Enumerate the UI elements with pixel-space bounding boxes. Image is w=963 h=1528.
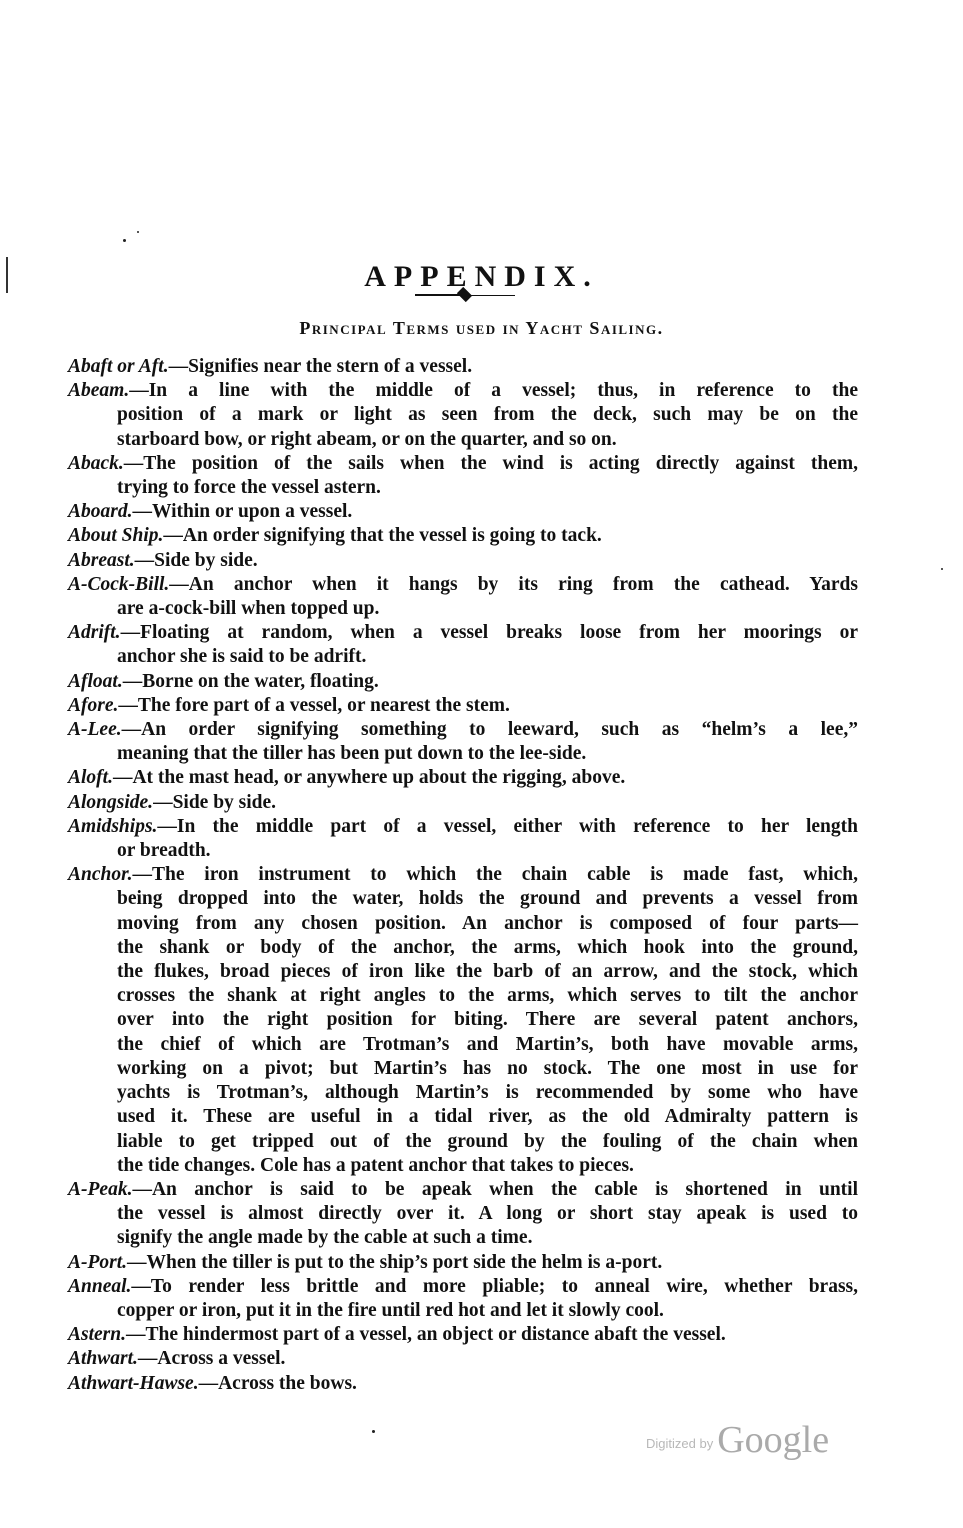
entry-definition: the vessel is almost directly over it. A… [117,1203,858,1224]
entry-definition: yachts is Trotman’s, although Martin’s i… [117,1082,858,1103]
ornament-line-left [415,294,461,296]
entry-line: the tide changes. Cole has a patent anch… [68,1154,858,1178]
entry-definition: copper or iron, put it in the fire until… [117,1300,664,1321]
glossary-list: Abaft or Aft.—Signifies near the stern o… [68,355,858,1396]
entry-line: Astern.—The hindermost part of a vessel,… [68,1323,858,1347]
entry-term: Afore. [68,695,118,716]
entry-line: Alongside.—Side by side. [68,791,858,815]
entry-line: Abaft or Aft.—Signifies near the stern o… [68,355,858,379]
entry-line: Aboard.—Within or upon a vessel. [68,500,858,524]
glossary-entry: Afloat.—Borne on the water, floating. [68,670,858,694]
entry-term: A-Peak. [68,1179,132,1200]
entry-definition: —An order signifying that the vessel is … [163,525,601,546]
entry-term: Anneal. [68,1276,131,1297]
entry-definition: —Borne on the water, floating. [123,671,379,692]
entry-definition: —The fore part of a vessel, or nearest t… [118,695,510,716]
glossary-entry: Aback.—The position of the sails when th… [68,452,858,500]
glossary-entry: Afore.—The fore part of a vessel, or nea… [68,694,858,718]
entry-definition: trying to force the vessel astern. [117,477,381,498]
glossary-entry: Alongside.—Side by side. [68,791,858,815]
entry-line: working on a pivot; but Martin’s has no … [68,1057,858,1081]
scan-speck [941,568,943,570]
entry-line: trying to force the vessel astern. [68,476,858,500]
entry-line: Amidships.—In the middle part of a vesse… [68,815,858,839]
entry-definition: —At the mast head, or anywhere up about … [113,767,625,788]
entry-definition: signify the angle made by the cable at s… [117,1227,532,1248]
watermark-brand: Google [717,1419,829,1461]
entry-term: Aloft. [68,767,113,788]
entry-definition: —Across a vessel. [138,1348,286,1369]
entry-line: Athwart.—Across a vessel. [68,1347,858,1371]
entry-line: the chief of which are Trotman’s and Mar… [68,1033,858,1057]
entry-definition: —In a line with the middle of a vessel; … [129,380,858,401]
entry-line: starboard bow, or right abeam, or on the… [68,428,858,452]
glossary-entry: Aloft.—At the mast head, or anywhere up … [68,766,858,790]
entry-line: Aback.—The position of the sails when th… [68,452,858,476]
scan-speck [372,1430,375,1433]
entry-definition: —Across the bows. [199,1373,357,1394]
section-subtitle: Principal Terms used in Yacht Sailing. [0,318,963,339]
entry-term: A-Port. [68,1252,127,1273]
glossary-entry: Amidships.—In the middle part of a vesse… [68,815,858,863]
watermark-prefix: Digitized by [646,1436,713,1451]
entry-definition: the shank or body of the anchor, the arm… [117,937,858,958]
entry-definition: meaning that the tiller has been put dow… [117,743,586,764]
entry-definition: —Floating at random, when a vessel break… [121,622,858,643]
entry-term: Abreast. [68,550,135,571]
entry-definition: —An anchor when it hangs by its ring fro… [169,574,858,595]
entry-definition: —The hindermost part of a vessel, an obj… [126,1324,726,1345]
entry-line: signify the angle made by the cable at s… [68,1226,858,1250]
entry-definition: —Within or upon a vessel. [132,501,352,522]
entry-definition: liable to get tripped out of the ground … [117,1131,858,1152]
glossary-entry: About Ship.—An order signifying that the… [68,524,858,548]
entry-term: Alongside. [68,792,153,813]
entry-term: A-Lee. [68,719,122,740]
entry-line: A-Peak.—An anchor is said to be apeak wh… [68,1178,858,1202]
entry-term: Anchor. [68,864,133,885]
ornament-line-right [469,295,515,296]
entry-line: anchor she is said to be adrift. [68,645,858,669]
entry-line: Athwart-Hawse.—Across the bows. [68,1372,858,1396]
entry-definition: —Side by side. [153,792,276,813]
entry-line: over into the right position for biting.… [68,1008,858,1032]
entry-term: Adrift. [68,622,121,643]
ornament-divider [415,289,515,301]
entry-line: the shank or body of the anchor, the arm… [68,936,858,960]
entry-term: Astern. [68,1324,126,1345]
entry-term: Afloat. [68,671,123,692]
digitized-by-google-watermark: Digitized by Google [646,1418,829,1462]
entry-definition: —The position of the sails when the wind… [124,453,858,474]
entry-definition: being dropped into the water, holds the … [117,888,858,909]
entry-line: yachts is Trotman’s, although Martin’s i… [68,1081,858,1105]
scan-speck [137,231,139,233]
entry-definition: the flukes, broad pieces of iron like th… [117,961,858,982]
entry-definition: —Signifies near the stern of a vessel. [169,356,473,377]
entry-line: A-Cock-Bill.—An anchor when it hangs by … [68,573,858,597]
glossary-entry: A-Peak.—An anchor is said to be apeak wh… [68,1178,858,1251]
entry-term: Aboard. [68,501,132,522]
entry-line: meaning that the tiller has been put dow… [68,742,858,766]
entry-definition: —An anchor is said to be apeak when the … [132,1179,858,1200]
glossary-entry: Aboard.—Within or upon a vessel. [68,500,858,524]
entry-line: used it. These are useful in a tidal riv… [68,1105,858,1129]
entry-line: liable to get tripped out of the ground … [68,1130,858,1154]
entry-line: A-Lee.—An order signifying something to … [68,718,858,742]
glossary-entry: A-Port.—When the tiller is put to the sh… [68,1251,858,1275]
entry-definition: —To render less brittle and more pliable… [131,1276,858,1297]
entry-term: Aback. [68,453,124,474]
glossary-entry: Anchor.—The iron instrument to which the… [68,863,858,1178]
entry-definition: position of a mark or light as seen from… [117,404,858,425]
entry-line: position of a mark or light as seen from… [68,403,858,427]
entry-term: Abeam. [68,380,129,401]
glossary-entry: A-Lee.—An order signifying something to … [68,718,858,766]
entry-term: Athwart. [68,1348,138,1369]
entry-line: Anchor.—The iron instrument to which the… [68,863,858,887]
entry-line: being dropped into the water, holds the … [68,887,858,911]
glossary-entry: Abreast.—Side by side. [68,549,858,573]
entry-line: or breadth. [68,839,858,863]
scan-speck [123,239,126,242]
entry-term: About Ship. [68,525,163,546]
entry-line: About Ship.—An order signifying that the… [68,524,858,548]
glossary-entry: Adrift.—Floating at random, when a vesse… [68,621,858,669]
entry-line: Adrift.—Floating at random, when a vesse… [68,621,858,645]
glossary-entry: A-Cock-Bill.—An anchor when it hangs by … [68,573,858,621]
glossary-entry: Athwart-Hawse.—Across the bows. [68,1372,858,1396]
entry-line: A-Port.—When the tiller is put to the sh… [68,1251,858,1275]
glossary-entry: Abeam.—In a line with the middle of a ve… [68,379,858,452]
entry-line: are a-cock-bill when topped up. [68,597,858,621]
entry-definition: crosses the shank at right angles to the… [117,985,858,1006]
entry-definition: —In the middle part of a vessel, either … [157,816,858,837]
entry-line: the vessel is almost directly over it. A… [68,1202,858,1226]
entry-definition: —When the tiller is put to the ship’s po… [127,1252,662,1273]
entry-definition: starboard bow, or right abeam, or on the… [117,429,617,450]
entry-definition: the tide changes. Cole has a patent anch… [117,1155,634,1176]
entry-line: moving from any chosen position. An anch… [68,912,858,936]
entry-line: Afore.—The fore part of a vessel, or nea… [68,694,858,718]
entry-definition: moving from any chosen position. An anch… [117,913,858,934]
entry-definition: —Side by side. [135,550,258,571]
entry-line: the flukes, broad pieces of iron like th… [68,960,858,984]
entry-term: Athwart-Hawse. [68,1373,199,1394]
entry-line: Abeam.—In a line with the middle of a ve… [68,379,858,403]
entry-definition: —An order signifying something to leewar… [122,719,858,740]
entry-definition: working on a pivot; but Martin’s has no … [117,1058,858,1079]
entry-definition: or breadth. [117,840,211,861]
entry-definition: anchor she is said to be adrift. [117,646,366,667]
entry-definition: the chief of which are Trotman’s and Mar… [117,1034,858,1055]
entry-line: copper or iron, put it in the fire until… [68,1299,858,1323]
entry-definition: over into the right position for biting.… [117,1009,858,1030]
entry-term: A-Cock-Bill. [68,574,169,595]
entry-line: Aloft.—At the mast head, or anywhere up … [68,766,858,790]
entry-line: Anneal.—To render less brittle and more … [68,1275,858,1299]
glossary-entry: Abaft or Aft.—Signifies near the stern o… [68,355,858,379]
glossary-entry: Astern.—The hindermost part of a vessel,… [68,1323,858,1347]
entry-line: Abreast.—Side by side. [68,549,858,573]
entry-definition: used it. These are useful in a tidal riv… [117,1106,858,1127]
entry-line: Afloat.—Borne on the water, floating. [68,670,858,694]
entry-term: Abaft or Aft. [68,356,169,377]
entry-line: crosses the shank at right angles to the… [68,984,858,1008]
entry-term: Amidships. [68,816,157,837]
glossary-entry: Anneal.—To render less brittle and more … [68,1275,858,1323]
entry-definition: —The iron instrument to which the chain … [133,864,859,885]
glossary-entry: Athwart.—Across a vessel. [68,1347,858,1371]
entry-definition: are a-cock-bill when topped up. [117,598,379,619]
